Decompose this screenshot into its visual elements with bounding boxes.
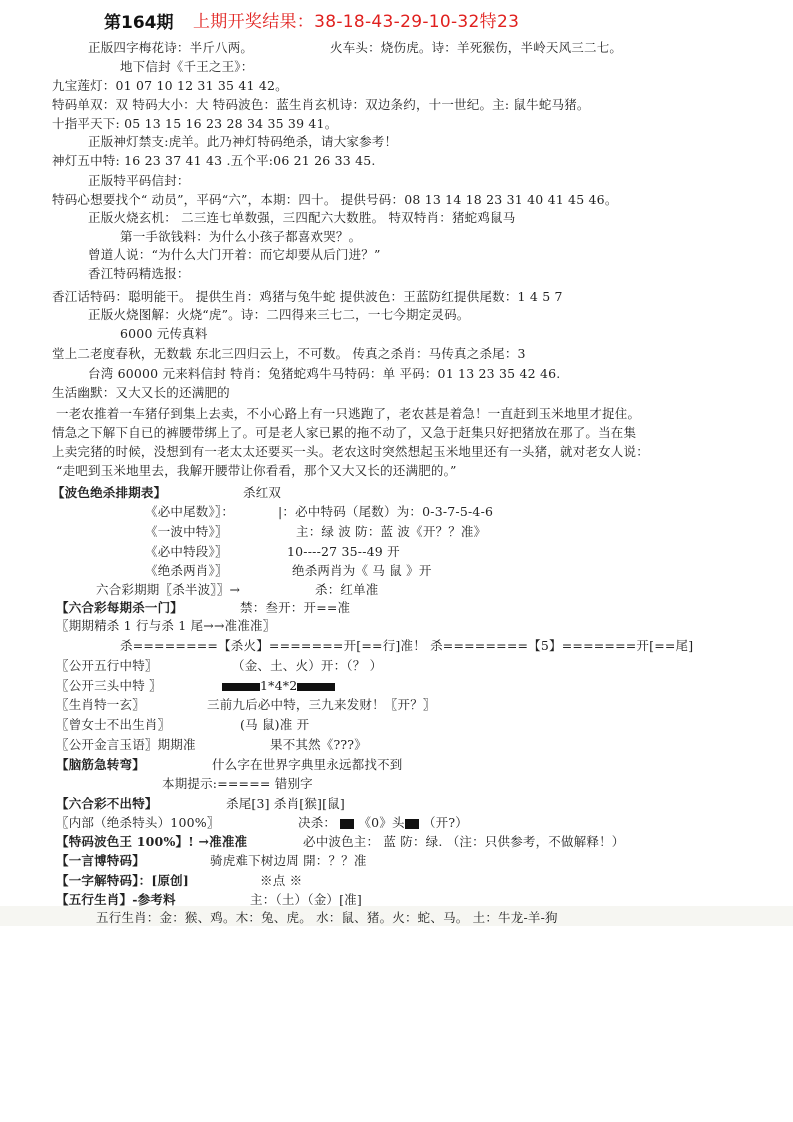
story-line: 情急之下解下自已的裤腰带绑上了。可是老人家已累的拖不动了，又急于赶集只好把猪放在… <box>52 425 636 441</box>
item-label: 【一字解特码】：[原创] <box>56 873 189 889</box>
item-value: 杀：红单准 <box>315 582 379 598</box>
lamp-five: 神灯五中特: 16 23 37 41 43 .五个平:06 21 26 33 4… <box>52 153 376 169</box>
item-label: 〖曾女士不出生肖〗 <box>56 717 170 733</box>
three-heads-numbers: 1*4*2 <box>260 678 297 693</box>
xiangjiang-title: 香江特码精选报： <box>88 266 190 282</box>
black-box-icon <box>405 819 419 829</box>
item-value: 必中波色主： 蓝 防：绿. （注：只供参考，不做解释！） <box>303 834 625 850</box>
item-value: (马 鼠)准 开 <box>240 717 309 733</box>
table-row-label: 《必中特段》〗 <box>145 544 228 560</box>
nine-lanterns: 九宝莲灯：01 07 10 12 31 35 41 42。 <box>52 78 288 94</box>
table-row-value: 绝杀两肖为《 马 鼠 》开 <box>292 563 432 579</box>
special-wish: 特码心想要找个“ 动员”，平码“六”，本期：四十。 提供号码：08 13 14 … <box>52 192 618 208</box>
meihua-poem: 正版四字梅花诗：半斤八两。 <box>88 40 253 55</box>
inner-kill-value: 决杀： 《0》头 （开?） <box>298 815 468 831</box>
item-label: 【特码波色王 100%】! →准准准 <box>56 834 247 850</box>
item-value: ※点 ※ <box>260 873 302 889</box>
item-label: 杀========【杀火】=======开[==行]准！ 杀========【5… <box>120 638 693 654</box>
item-label: 〖期期精杀 1 行与杀 1 尾→→准准准〗 <box>56 618 275 634</box>
table-row-value: |：必中特码（尾数）为：0-3-7-5-4-6 <box>278 504 493 520</box>
item-label: 【脑筋急转弯】 <box>56 757 145 773</box>
story-line: 一老农推着一车猪仔到集上去卖，不小心路上有一只逃跑了，老农甚是着急！一直赶到玉米… <box>56 406 640 422</box>
three-heads-value: 1*4*2 <box>222 678 335 694</box>
inner-kill-open: （开?） <box>423 815 468 830</box>
black-box-icon <box>340 819 354 829</box>
ten-fingers: 十指平天下: 05 13 15 16 23 28 34 35 39 41。 <box>52 116 337 132</box>
item-value: 三前九后必中特，三九来发财！〖开？〗 <box>207 697 436 713</box>
period-title: 第164期 <box>104 8 174 33</box>
train-head-line: 火车头：烧伤虎。诗：羊死猴伤，半岭天风三二七。 <box>330 40 622 56</box>
last-result-title: 上期开奖结果：38-18-43-29-10-32特23 <box>193 7 519 32</box>
inner-kill-label: 决杀： <box>298 815 336 830</box>
special-odd-even: 特码单双：双 特码大小：大 特码波色：蓝生肖玄机诗：双边条约，十一世纪。主: 鼠… <box>52 97 590 113</box>
item-label: 【一言博特码】 <box>56 853 145 869</box>
item-label: 〖内部（绝杀特头）100%〗 <box>56 815 220 831</box>
item-label: 〖生肖特一玄〗 <box>56 697 145 713</box>
taiwan-envelope: 台湾 60000 元来料信封 特肖：兔猪蛇鸡牛马特码：单 平码：01 13 23… <box>88 366 560 382</box>
underground-envelope: 地下信封《千王之王》： <box>120 59 253 75</box>
story-line: 上卖完猪的时候，没想到有一老太太还要买一头。老农这时突然想起玉米地里还有一头猪，… <box>52 444 649 460</box>
story-line: “走吧到玉米地里去，我解开腰带让你看看，那个又大又长的还满肥的。” <box>56 463 457 479</box>
item-value: 什么字在世界字典里永远都找不到 <box>212 757 403 773</box>
table-row-label: 《必中尾数》〗： <box>145 504 234 520</box>
item-label: 〖公开五行中特〗 <box>56 658 158 674</box>
item-value: 果不其然《???》 <box>270 737 367 753</box>
black-bar-icon <box>222 683 260 691</box>
item-value: 骑虎难下树边周 開：？？准 <box>210 853 367 869</box>
table-row-value: 主：绿 波 防：蓝 波《开？？准》 <box>296 524 486 540</box>
item-label: 本期提示:===== 错别字 <box>162 776 313 792</box>
meihua-poem-line: 正版四字梅花诗：半斤八两。 <box>88 40 253 56</box>
item-label: 〖公开金言玉语〗期期准 <box>56 737 196 753</box>
item-label: 【六合彩每期杀一门】 <box>56 600 183 616</box>
item-value: 禁：叁开：开==准 <box>240 600 350 616</box>
lamp-ban: 正版神灯禁支:虎羊。此乃神灯特码绝杀，请大家参考！ <box>88 134 397 150</box>
train-head: 火车头：烧伤虎。诗：羊死猴伤，半岭天风三二七。 <box>330 40 622 55</box>
hall-elders: 堂上二老度春秋，无数载 东北三四归云上，不可数。 传真之杀肖：马传真之杀尾：3 <box>52 346 526 362</box>
fire-mystery: 正版火烧玄机： 二三连七单数强，三四配六大数胜。 特双特肖：猪蛇鸡鼠马 <box>88 210 515 226</box>
item-label: 【六合彩不出特】 <box>56 796 158 812</box>
table-row-label: 《绝杀两肖》〗 <box>145 563 228 579</box>
black-bar-icon <box>297 683 335 691</box>
special-envelope: 正版特平码信封： <box>88 173 190 189</box>
table-title: 【波色绝杀排期表】 <box>52 485 166 501</box>
inner-kill-head: 《0》头 <box>358 815 404 830</box>
fax-6000: 6000 元传真料 <box>120 326 208 342</box>
item-label: 〖公开三头中特 〗 <box>56 678 162 694</box>
zeng-says: 曾道人说：“为什么大门开着：而它却要从后门进？” <box>88 247 381 263</box>
table-title-value: 杀红双 <box>243 485 281 501</box>
humor-title: 生活幽默：又大又长的还满肥的 <box>52 385 230 401</box>
xiangjiang-words: 香江话特码：聪明能干。 提供生肖：鸡猪与兔牛蛇 提供波色：王蓝防红提供尾数：1 … <box>52 289 563 305</box>
first-hand: 第一手欲钱料：为什么小孩子都喜欢哭？。 <box>120 229 361 245</box>
item-label: 六合彩期期〖杀半波〗〗→ <box>96 582 240 598</box>
table-row-label: 《一波中特》〗 <box>145 524 228 540</box>
fire-diagram: 正版火烧图解：火烧“虎”。诗：二四得来三七二，一七今期定灵码。 <box>88 307 469 323</box>
five-elements-zodiac: 五行生肖：金：猴、鸡。木：兔、虎。 水：鼠、猪。火：蛇、马。 土：牛龙-羊-狗 <box>96 910 558 926</box>
item-value: （金、土、火）开：（？ ） <box>232 658 382 674</box>
item-value: 杀尾[3] 杀肖[猴][鼠] <box>226 796 345 812</box>
table-row-value: 10----27 35--49 开 <box>287 544 400 560</box>
